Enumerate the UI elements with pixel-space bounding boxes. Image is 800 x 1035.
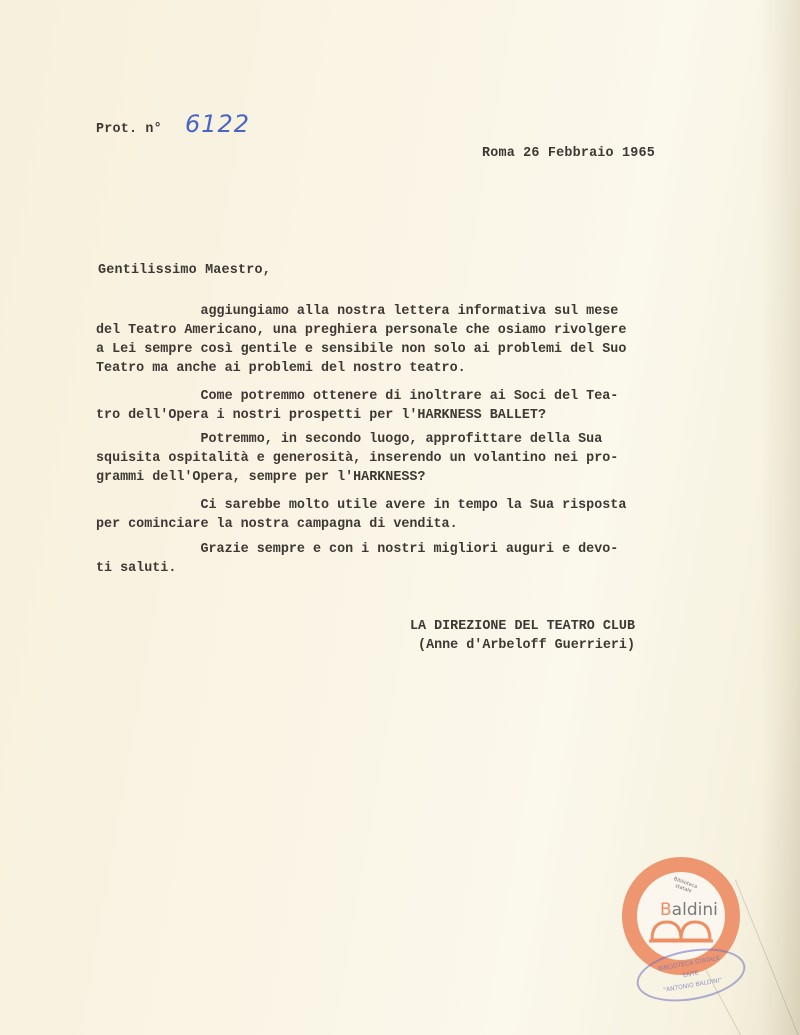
salutation: Gentilissimo Maestro, xyxy=(98,263,271,278)
paragraph-2: Come potremmo ottenere di inoltrare ai S… xyxy=(96,387,618,425)
protocol-number-handwritten: 6122 xyxy=(185,110,250,138)
library-stamp-name-rest: aldini xyxy=(672,900,718,920)
paragraph-3: Potremmo, in secondo luogo, approfittare… xyxy=(96,430,618,487)
signature-block: LA DIREZIONE DEL TEATRO CLUB (Anne d'Arb… xyxy=(410,617,635,655)
paragraph-1: aggiungiamo alla nostra lettera informat… xyxy=(96,302,626,378)
paragraph-5: Grazie sempre e con i nostri migliori au… xyxy=(96,540,618,578)
book-logo-icon xyxy=(648,918,714,944)
paper-edge-shadow xyxy=(760,0,800,1035)
letter-date: Roma 26 Febbraio 1965 xyxy=(482,146,655,161)
library-stamp-initial: B xyxy=(660,900,672,920)
protocol-label: Prot. n° xyxy=(96,122,162,137)
library-stamp-name: Baldini xyxy=(660,900,718,920)
paragraph-4: Ci sarebbe molto utile avere in tempo la… xyxy=(96,496,626,534)
